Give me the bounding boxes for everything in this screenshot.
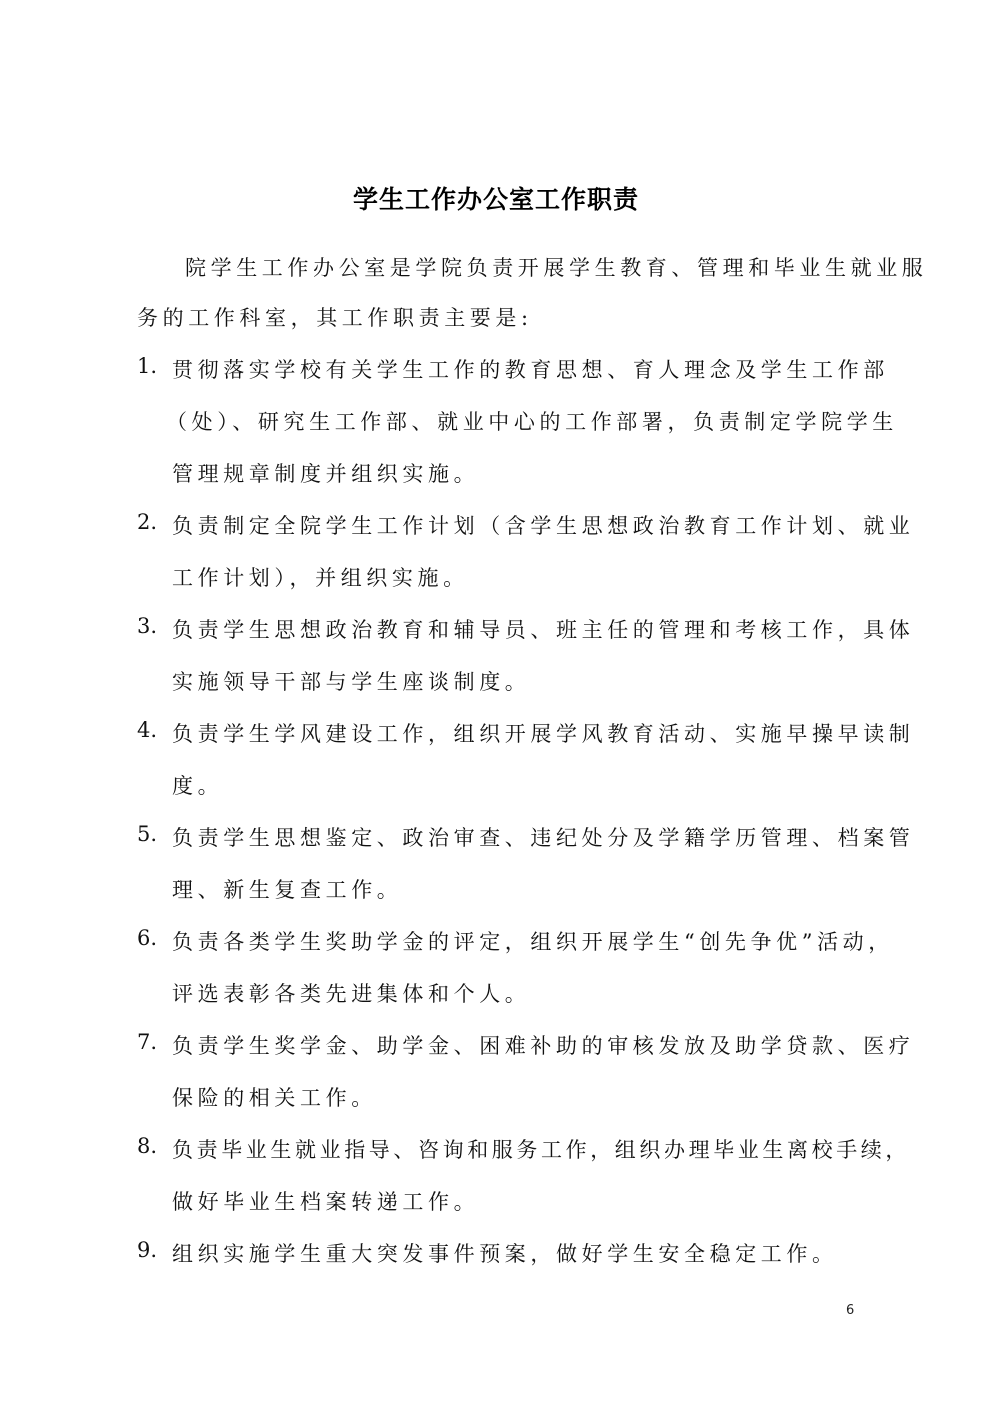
item-9-line-1: 组织实施学生重大突发事件预案，做好学生安全稳定工作。 bbox=[172, 1238, 838, 1268]
page-title: 学生工作办公室工作职责 bbox=[0, 180, 992, 216]
item-1-line-2: （处）、研究生工作部、就业中心的工作部署，负责制定学院学生 bbox=[166, 406, 898, 436]
item-6-line-2: 评选表彰各类先进集体和个人。 bbox=[172, 978, 530, 1008]
item-number: 8. bbox=[137, 1134, 157, 1158]
item-7-line-2: 保险的相关工作。 bbox=[172, 1082, 377, 1112]
item-number: 9. bbox=[137, 1238, 157, 1262]
item-number: 1. bbox=[137, 354, 157, 378]
item-6-line-1: 负责各类学生奖助学金的评定，组织开展学生“创先争优”活动， bbox=[172, 926, 894, 956]
intro-line-1: 院学生工作办公室是学院负责开展学生教育、管理和毕业生就业服 bbox=[185, 252, 927, 282]
item-2-line-1: 负责制定全院学生工作计划（含学生思想政治教育工作计划、就业 bbox=[172, 510, 914, 540]
item-2-line-2: 工作计划），并组织实施。 bbox=[172, 562, 469, 592]
document-page: 学生工作办公室工作职责 院学生工作办公室是学院负责开展学生教育、管理和毕业生就业… bbox=[0, 0, 992, 1403]
item-7-line-1: 负责学生奖学金、助学金、困难补助的审核发放及助学贷款、医疗 bbox=[172, 1030, 914, 1060]
item-8-line-2: 做好毕业生档案转递工作。 bbox=[172, 1186, 479, 1216]
item-4-line-2: 度。 bbox=[172, 770, 223, 800]
item-3-line-1: 负责学生思想政治教育和辅导员、班主任的管理和考核工作，具体 bbox=[172, 614, 914, 644]
page-number: 6 bbox=[846, 1303, 854, 1318]
item-number: 7. bbox=[137, 1030, 157, 1054]
item-5-line-1: 负责学生思想鉴定、政治审查、违纪处分及学籍学历管理、档案管 bbox=[172, 822, 914, 852]
item-number: 2. bbox=[137, 510, 157, 534]
item-number: 5. bbox=[137, 822, 157, 846]
item-number: 6. bbox=[137, 926, 157, 950]
item-number: 3. bbox=[137, 614, 157, 638]
intro-line-2: 务的工作科室，其工作职责主要是: bbox=[137, 302, 533, 332]
item-1-line-3: 管理规章制度并组织实施。 bbox=[172, 458, 479, 488]
item-1-line-1: 贯彻落实学校有关学生工作的教育思想、育人理念及学生工作部 bbox=[172, 354, 889, 384]
item-5-line-2: 理、新生复查工作。 bbox=[172, 874, 402, 904]
item-8-line-1: 负责毕业生就业指导、咨询和服务工作，组织办理毕业生离校手续， bbox=[172, 1134, 910, 1164]
item-number: 4. bbox=[137, 718, 157, 742]
item-4-line-1: 负责学生学风建设工作，组织开展学风教育活动、实施早操早读制 bbox=[172, 718, 914, 748]
item-3-line-2: 实施领导干部与学生座谈制度。 bbox=[172, 666, 530, 696]
